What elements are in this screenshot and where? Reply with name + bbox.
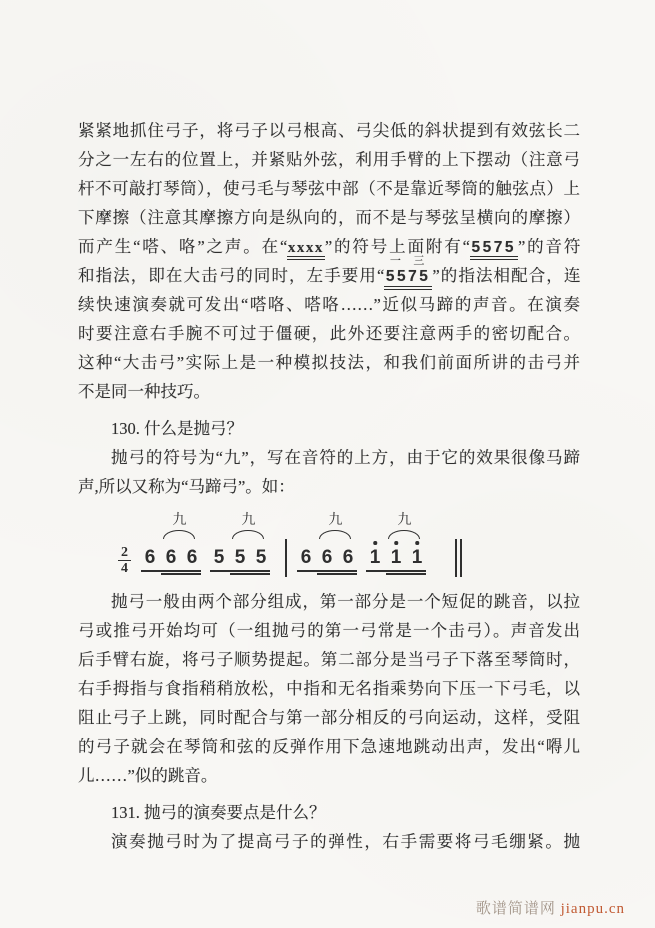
watermark: 歌谱简谱网 jianpu.cn — [476, 897, 625, 918]
slur-arc — [232, 530, 264, 539]
jiu-character: 九 — [158, 514, 202, 528]
note-digit: 6 — [143, 547, 157, 569]
note-digit: 6 — [164, 547, 178, 569]
text-run: 阻止弓子上跳，同时配合与第一部分相反的弓向运动，这样，受阻 — [78, 708, 580, 727]
jiu-character: 九 — [227, 514, 271, 528]
scanned-book-page: 紧紧地抓住弓子，将弓子以弓根高、弓尖低的斜状提到有效弦长二分之一左右的位置上，并… — [0, 0, 655, 928]
text-run: ”的指法相配合，连 — [432, 266, 580, 285]
pao-gong-mark: 九 — [383, 514, 427, 539]
text-line: 分之一左右的位置上，并紧贴外弦，利用手臂的上下摆动（注意弓 — [78, 145, 580, 174]
text-run: 时要注意右手腕不可过于僵硬，此外还要注意两手的密切配合。 — [78, 324, 580, 343]
text-line: 不是同一种技巧。 — [78, 377, 580, 406]
note-digit: 6 — [341, 547, 355, 569]
note-digit: 1 — [389, 547, 403, 569]
text-run: 后手臂右旋，将弓子顺势提起。第二部分是当弓子下落至琴筒时， — [78, 650, 580, 669]
text-line: 下摩擦（注意其摩擦方向是纵向的，而不是与琴弦呈横向的摩擦） — [78, 203, 580, 232]
beat-group: 九666 — [143, 507, 199, 577]
text-run: 演奏抛弓时为了提高弓子的弹性，右手需要将弓毛绷紧。抛 — [111, 832, 580, 851]
text-run: 而产生“嗒、咯”之声。在“ — [78, 237, 287, 256]
text-run: ”的符号上面附有“ — [325, 237, 470, 256]
pao-gong-mark: 九 — [158, 514, 202, 539]
note-row: 555 — [212, 547, 268, 569]
text-run: 不是同一种技巧。 — [78, 382, 210, 401]
beam-line — [141, 570, 201, 572]
note-digit: 5 — [254, 547, 268, 569]
note-digit: 6 — [185, 547, 199, 569]
text-run: 儿……”似的跳音。 — [78, 766, 217, 785]
beam-line — [161, 573, 201, 575]
text-line: 续快速演奏就可发出“嗒咯、嗒咯……”近似马蹄的声音。在演奏 — [78, 290, 580, 319]
text-run: 抛弓一般由两个部分组成，第一部分是一个短促的跳音，以拉 — [111, 592, 580, 611]
question-heading: 130. 什么是抛弓？ — [78, 414, 580, 443]
slur-arc — [388, 530, 420, 539]
pao-gong-mark: 九 — [314, 514, 358, 539]
text-line: 的弓子就会在琴筒和弦的反弹作用下急速地跳动出声，发出“嘚儿 — [78, 732, 580, 761]
note-digit: 6 — [320, 547, 334, 569]
beam-line — [297, 570, 357, 572]
beat-group: 九666 — [299, 507, 355, 577]
text-line: 声,所以又称为“马蹄弓”。如： — [78, 472, 580, 501]
note-digit: 5 — [233, 547, 247, 569]
text-line: 弓或推弓开始均可（一组抛弓的第一弓常是一个击弓）。声音发出 — [78, 616, 580, 645]
watermark-url: jianpu.cn — [561, 901, 625, 917]
note-digit: 1 — [368, 547, 382, 569]
slur-arc — [163, 530, 195, 539]
text-line: 抛弓一般由两个部分组成，第一部分是一个短促的跳音，以拉 — [78, 587, 580, 616]
slur-arc — [319, 530, 351, 539]
text-line: 杆不可敲打琴筒），使弓毛与琴弦中部（不是靠近琴筒的触弦点）上 — [78, 174, 580, 203]
text-run: 右手拇指与食指稍稍放松，中指和无名指乘势向下压一下弓毛，以 — [78, 679, 580, 698]
text-run: 下摩擦（注意其摩擦方向是纵向的，而不是与琴弦呈横向的摩擦） — [78, 208, 580, 227]
text-run: 抛弓的符号为“九”，写在音符的上方，由于它的效果很像马蹄 — [111, 448, 580, 467]
text-line: 右手拇指与食指稍稍放松，中指和无名指乘势向下压一下弓毛，以 — [78, 674, 580, 703]
note-digit: 6 — [299, 547, 313, 569]
note-row: 666 — [299, 547, 355, 569]
bow-symbol-x: xxxx — [287, 240, 325, 260]
bar-line — [285, 539, 287, 577]
text-run: 的弓子就会在琴筒和弦的反弹作用下急速地跳动出声，发出“嘚儿 — [78, 737, 580, 756]
note-row: 666 — [143, 547, 199, 569]
text-run: 紧紧地抓住弓子，将弓子以弓根高、弓尖低的斜状提到有效弦长二 — [78, 121, 580, 140]
pao-gong-mark: 九 — [227, 514, 271, 539]
watermark-site: 歌谱简谱网 — [476, 901, 556, 917]
fingering-mark: 一 — [390, 256, 401, 267]
octave-dot — [373, 541, 377, 545]
text-run: 声,所以又称为“马蹄弓”。如： — [78, 477, 295, 496]
jiu-character: 九 — [314, 514, 358, 528]
time-signature-bottom: 4 — [118, 562, 131, 575]
time-signature-top: 2 — [118, 546, 131, 559]
text-line: 和指法，即在大击弓的同时，左手要用“一三5575”的指法相配合，连 — [78, 261, 580, 290]
notation-numbers: 5575 — [470, 239, 518, 260]
text-line: 紧紧地抓住弓子，将弓子以弓根高、弓尖低的斜状提到有效弦长二 — [78, 116, 580, 145]
notation-numbers-fingered: 一三5575 — [384, 268, 432, 290]
time-signature: 24 — [118, 546, 131, 576]
note-digit: 1 — [410, 547, 424, 569]
text-run: 和指法，即在大击弓的同时，左手要用“ — [78, 266, 384, 285]
text-line: 儿……”似的跳音。 — [78, 761, 580, 790]
final-bar-line — [455, 539, 462, 577]
beam-line — [230, 573, 270, 575]
beam-line — [366, 570, 426, 572]
fingering-mark: 三 — [413, 256, 424, 267]
text-run: 续快速演奏就可发出“嗒咯、嗒咯……”近似马蹄的声音。在演奏 — [78, 295, 580, 314]
music-notation: 24九666九555九666九111 — [118, 505, 580, 577]
text-line: 这种“大击弓”实际上是一种模拟技法，和我们前面所讲的击弓并 — [78, 348, 580, 377]
text-line: 演奏抛弓时为了提高弓子的弹性，右手需要将弓毛绷紧。抛 — [78, 827, 580, 856]
text-run: 弓或推弓开始均可（一组抛弓的第一弓常是一个击弓）。声音发出 — [78, 621, 580, 640]
text-line: 时要注意右手腕不可过于僵硬，此外还要注意两手的密切配合。 — [78, 319, 580, 348]
text-run: 杆不可敲打琴筒），使弓毛与琴弦中部（不是靠近琴筒的触弦点）上 — [78, 179, 580, 198]
text-content: 紧紧地抓住弓子，将弓子以弓根高、弓尖低的斜状提到有效弦长二分之一左右的位置上，并… — [78, 116, 580, 856]
beat-group: 九111 — [368, 507, 424, 577]
text-run: 这种“大击弓”实际上是一种模拟技法，和我们前面所讲的击弓并 — [78, 353, 580, 372]
text-run: ”的音符 — [518, 237, 580, 256]
note-row: 111 — [368, 547, 424, 569]
text-line: 后手臂右旋，将弓子顺势提起。第二部分是当弓子下落至琴筒时， — [78, 645, 580, 674]
question-heading: 131. 抛弓的演奏要点是什么？ — [78, 798, 580, 827]
text-line: 而产生“嗒、咯”之声。在“xxxx”的符号上面附有“5575”的音符 — [78, 232, 580, 261]
final-bar-thin — [455, 539, 457, 577]
note-digit: 5 — [212, 547, 226, 569]
final-bar-thick — [460, 539, 462, 577]
octave-dot — [415, 541, 419, 545]
notation-digits: 5575 — [386, 268, 430, 285]
fingering-annotation: 一三 — [390, 256, 424, 267]
beat-group: 九555 — [212, 507, 268, 577]
octave-dot — [394, 541, 398, 545]
beam-line — [210, 570, 270, 572]
jiu-character: 九 — [383, 514, 427, 528]
beam-line — [317, 573, 357, 575]
text-run: 分之一左右的位置上，并紧贴外弦，利用手臂的上下摆动（注意弓 — [78, 150, 580, 169]
text-line: 阻止弓子上跳，同时配合与第一部分相反的弓向运动，这样，受阻 — [78, 703, 580, 732]
beam-line — [386, 573, 426, 575]
text-line: 抛弓的符号为“九”，写在音符的上方，由于它的效果很像马蹄 — [78, 443, 580, 472]
